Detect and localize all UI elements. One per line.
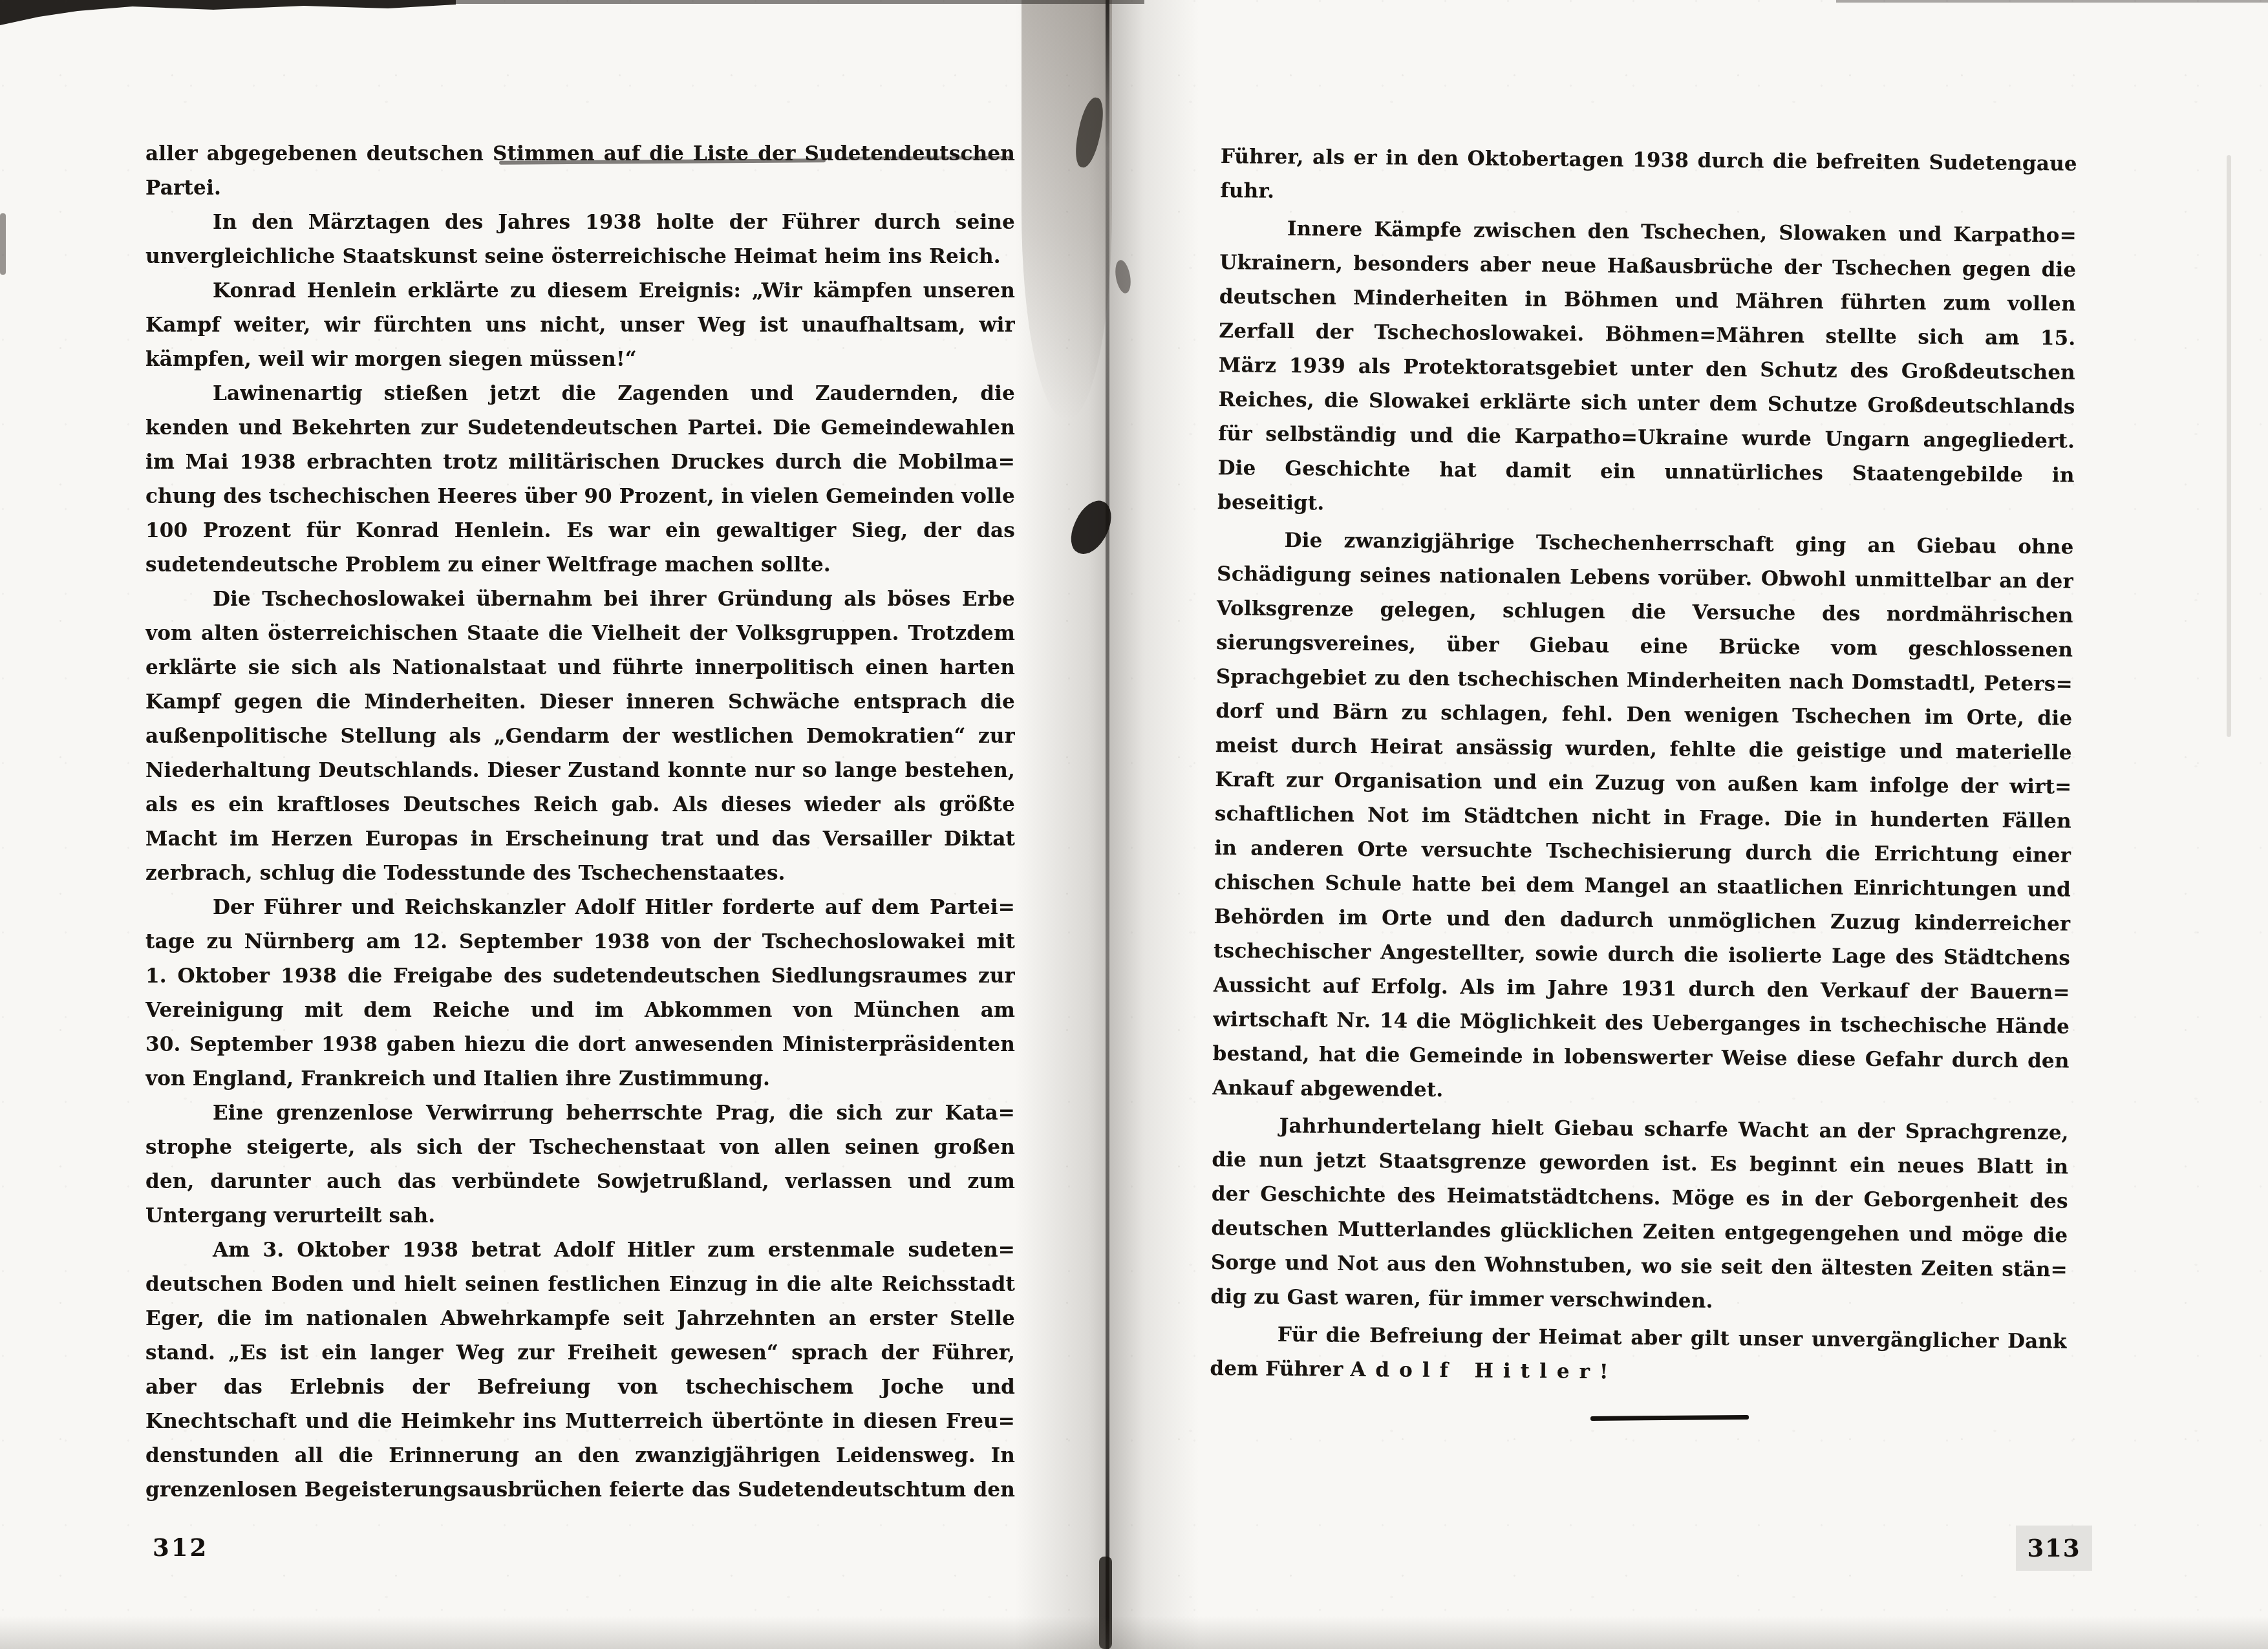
text-line: kenden und Bekehrten zur Sudetendeutsche… [145, 411, 1015, 445]
text-line: 1. Oktober 1938 die Freigabe des sudeten… [145, 959, 1015, 994]
text-line: Eine grenzenlose Verwirrung beherrschte … [145, 1096, 1015, 1131]
text-line: erklärte sie sich als Nationalstaat und … [145, 651, 1015, 685]
text-line: deutschen Boden und hielt seinen festlic… [145, 1268, 1015, 1302]
text-line: Die Tschechoslowakei übernahm bei ihrer … [145, 582, 1015, 617]
text-line: den, darunter auch das verbündete Sowjet… [145, 1165, 1015, 1199]
text-line: chung des tschechischen Heeres über 90 P… [145, 480, 1015, 514]
text-line: unvergleichliche Staatskunst seine öster… [145, 240, 1015, 274]
scan-edge-line [1836, 0, 2268, 3]
text-line: grenzenlosen Begeisterungsausbrüchen fei… [145, 1473, 1015, 1507]
paper-streak [2227, 155, 2231, 737]
gutter-smudge [1022, 0, 1112, 420]
scan-edge-bottom [0, 1616, 2268, 1649]
text-line: Partei. [145, 171, 1015, 206]
page-number-left: 312 [153, 1533, 208, 1562]
book-scan-spread: aller abgegebenen deutschen Stimmen auf … [0, 0, 2268, 1649]
text-line: stand. „Es ist ein langer Weg zur Freihe… [145, 1336, 1015, 1370]
text-line: Konrad Henlein erklärte zu diesem Ereign… [145, 274, 1015, 308]
gutter-crease-line [1106, 0, 1109, 1649]
text-line: Der Führer und Reichskanzler Adolf Hitle… [145, 891, 1015, 925]
scan-edge-line [446, 0, 1144, 4]
text-line: aber das Erlebnis der Befreiung von tsch… [145, 1370, 1015, 1405]
text-line: sudetendeutsche Problem zu einer Weltfra… [145, 548, 1015, 582]
text-line: Knechtschaft und die Heimkehr ins Mutter… [145, 1405, 1015, 1439]
letterspaced-text: Adolf Hitler! [1350, 1358, 1618, 1384]
text-line: In den Märztagen des Jahres 1938 holte d… [145, 206, 1015, 240]
text-line: zerbrach, schlug die Todesstunde des Tsc… [145, 856, 1015, 891]
text-line: Untergang verurteilt sah. [145, 1199, 1015, 1233]
text-line: Kampf weiter, wir fürchten uns nicht, un… [145, 308, 1015, 343]
text-line: Eger, die im nationalen Abwehrkampfe sei… [145, 1302, 1015, 1336]
text-line: von England, Frankreich und Italien ihre… [145, 1062, 1015, 1096]
left-page-text: aller abgegebenen deutschen Stimmen auf … [145, 137, 1015, 1507]
page-number-right: 313 [2027, 1534, 2081, 1562]
text-line: strophe steigerte, als sich der Tscheche… [145, 1131, 1015, 1165]
text-line: Vereinigung mit dem Reiche und im Abkomm… [145, 994, 1015, 1028]
text-line: Am 3. Oktober 1938 betrat Adolf Hitler z… [145, 1233, 1015, 1268]
text-line: Niederhaltung Deutschlands. Dieser Zusta… [145, 754, 1015, 788]
text-line: kämpfen, weil wir morgen siegen müssen!“ [145, 343, 1015, 377]
scan-edge-top [0, 0, 456, 26]
text-line: 30. September 1938 gaben hiezu die dort … [145, 1028, 1015, 1062]
text-line: aller abgegebenen deutschen Stimmen auf … [145, 137, 1015, 171]
text-line: tage zu Nürnberg am 12. September 1938 v… [145, 925, 1015, 959]
scan-edge-mark [0, 213, 6, 275]
text-line: Kampf gegen die Minderheiten. Dieser inn… [145, 685, 1015, 719]
text-line: Lawinenartig stießen jetzt die Zagenden … [145, 377, 1015, 411]
text-line: vom alten österreichischen Staate die Vi… [145, 617, 1015, 651]
page-number-box: 313 [2016, 1526, 2092, 1571]
text-line: Macht im Herzen Europas in Erscheinung t… [145, 822, 1015, 856]
text-line: im Mai 1938 erbrachten trotz militärisch… [145, 445, 1015, 480]
text-line: als es ein kraftloses Deutsches Reich ga… [145, 788, 1015, 822]
text-line: 100 Prozent für Konrad Henlein. Es war e… [145, 514, 1015, 548]
section-end-rule [1590, 1415, 1749, 1421]
right-page-text: Führer, als er in den Oktobertagen 1938 … [1210, 140, 2077, 1393]
text-run: dem Führer [1210, 1357, 1350, 1381]
text-line: außenpolitische Stellung als „Gendarm de… [145, 719, 1015, 754]
text-line: denstunden all die Erinnerung an den zwa… [145, 1439, 1015, 1473]
